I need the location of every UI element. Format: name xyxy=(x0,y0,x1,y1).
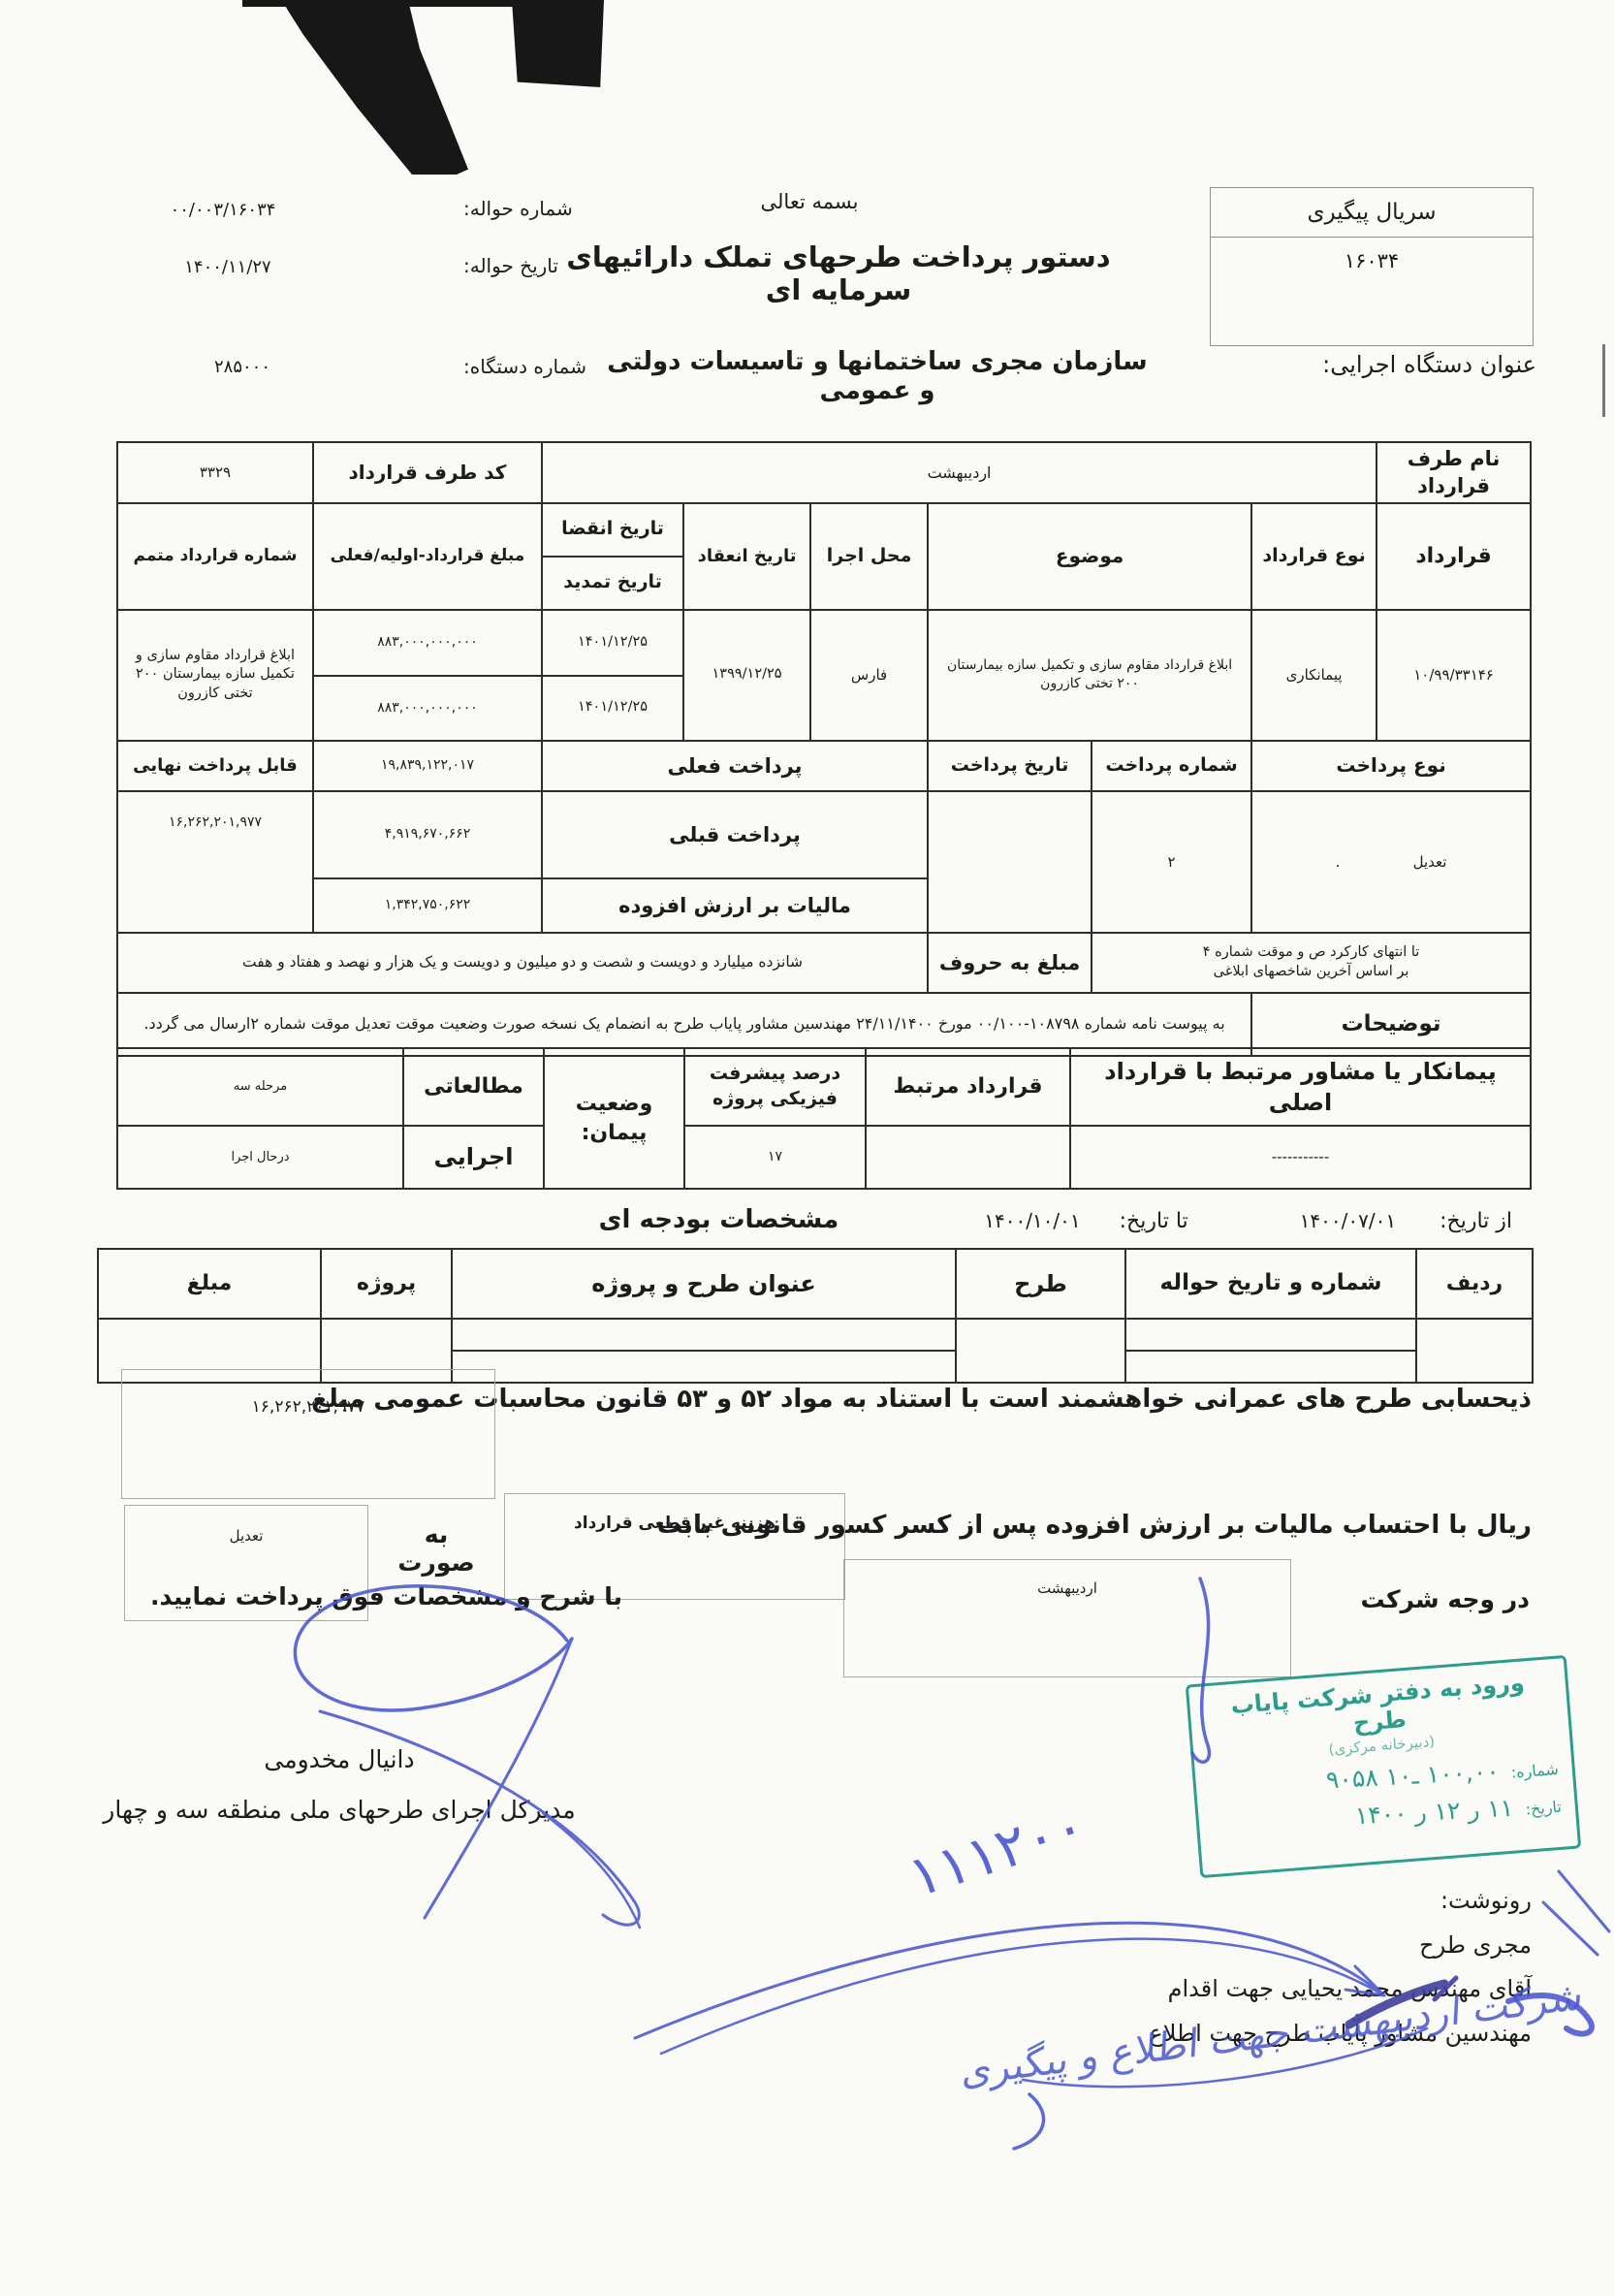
signatory-title: مدیرکل اجرای طرحهای ملی منطقه سه و چهار xyxy=(97,1796,582,1824)
expiry-date-header: تاریخ انقضا xyxy=(542,503,683,557)
tracking-serial-label: سریال پیگیری xyxy=(1211,188,1533,238)
previous-payment-label: پرداخت قبلی xyxy=(542,791,928,878)
amount-header: مبلغ قرارداد-اولیه/فعلی xyxy=(313,503,542,610)
stage-label: مرحله سه xyxy=(117,1048,403,1126)
final-payable-value: ۱۶,۲۶۲,۲۰۱,۹۷۷ xyxy=(117,791,313,933)
extension-date-header: تاریخ تمدید xyxy=(542,557,683,610)
study-label: مطالعاتی xyxy=(403,1048,544,1126)
related-contract-value xyxy=(866,1126,1070,1189)
location-value: فارس xyxy=(810,610,928,741)
cc-label: رونوشت: xyxy=(989,1879,1532,1924)
order-as-label: به صورت xyxy=(388,1520,485,1577)
agency-no-value: ۲۸۵۰۰۰ xyxy=(145,357,339,377)
related-contract-table: پیمانکار یا مشاور مرتبط با قرارداد اصلی … xyxy=(116,1047,1532,1190)
hawala-date-label: تاریخ حواله: xyxy=(463,254,558,277)
amount-current-value: ۸۸۳,۰۰۰,۰۰۰,۰۰۰ xyxy=(313,676,542,741)
period-line: از تاریخ: ۱۴۰۰/۰۷/۰۱ تا تاریخ: ۱۴۰۰/۱۰/۰… xyxy=(116,1205,1530,1234)
payment-type-text: تعدیل xyxy=(1413,853,1447,871)
related-contractor-header: پیمانکار یا مشاور مرتبط با قرارداد اصلی xyxy=(1070,1048,1531,1126)
budget-cell-row-no xyxy=(1416,1319,1533,1383)
payment-no-header: شماره پرداخت xyxy=(1092,741,1251,791)
contract-type-header: نوع قرارداد xyxy=(1251,503,1377,610)
budget-cell-plan xyxy=(956,1319,1125,1383)
supplement-value: ابلاغ قرارداد مقاوم سازی و تکمیل سازه بی… xyxy=(117,610,313,741)
progress-header: درصد پیشرفت فیزیکی پروژه xyxy=(684,1048,866,1126)
payment-type-dot: . xyxy=(1336,852,1341,872)
from-date-label: از تاریخ: xyxy=(1440,1209,1512,1233)
budget-header-title: عنوان طرح و پروژه xyxy=(452,1249,956,1319)
pact-status-label: وضعیت پیمان: xyxy=(544,1048,684,1189)
stage-value: درحال اجرا xyxy=(117,1126,403,1189)
vat-label: مالیات بر ارزش افزوده xyxy=(542,878,928,933)
related-contractor-value: ----------- xyxy=(1070,1126,1531,1189)
amount-in-words-label: مبلغ به حروف xyxy=(928,933,1092,993)
to-date-value: ۱۴۰۰/۱۰/۰۱ xyxy=(984,1209,1080,1232)
notes-text: به پیوست نامه شماره ۱۰۸۷۹۸-۰۰/۱۰۰ مورخ ۲… xyxy=(117,993,1251,1056)
tracking-serial-box: سریال پیگیری ۱۶۰۳۴ xyxy=(1210,187,1534,346)
party-name-value: اردیبهشت xyxy=(542,442,1377,503)
notes-label: توضیحات xyxy=(1251,993,1531,1056)
payment-date-header: تاریخ پرداخت xyxy=(928,741,1092,791)
hawala-no-label: شماره حواله: xyxy=(463,197,573,220)
related-contract-header: قرارداد مرتبط xyxy=(866,1048,1070,1126)
budget-cell-hawala-1 xyxy=(1125,1319,1416,1351)
signatory-name: دانیال مخدومی xyxy=(242,1745,436,1773)
current-payment-value: ۱۹,۸۳۹,۱۲۲,۰۱۷ xyxy=(313,741,542,791)
location-header: محل اجرا xyxy=(810,503,928,610)
budget-cell-title-1 xyxy=(452,1319,956,1351)
stamp-date-value: ۱۱ ر ۱۲ ر ۱۴۰۰ xyxy=(1355,1794,1515,1831)
payee-box: اردیبهشت xyxy=(843,1559,1291,1677)
agency-name: سازمان مجری ساختمانها و تاسیسات دولتی و … xyxy=(601,347,1154,405)
hawala-no-value: ۰۰/۰۰۳/۱۶۰۳۴ xyxy=(107,200,339,220)
contract-type-value: پیمانکاری xyxy=(1251,610,1377,741)
stamp-date-label: تاریخ: xyxy=(1525,1798,1563,1819)
budget-header-plan: طرح xyxy=(956,1249,1125,1319)
budget-section-title: مشخصات بودجه ای xyxy=(599,1205,839,1234)
subject-value: ابلاغ قرارداد مقاوم سازی و تکمیل سازه بی… xyxy=(928,610,1251,741)
from-date-value: ۱۴۰۰/۰۷/۰۱ xyxy=(1300,1209,1396,1232)
party-code-value: ۳۳۲۹ xyxy=(117,442,313,503)
party-code-label: کد طرف قرارداد xyxy=(313,442,542,503)
payee-label: در وجه شرکت xyxy=(1361,1585,1531,1613)
payment-date-value xyxy=(928,791,1092,933)
payment-basis-cell: تا انتهای کارکرد ص و موقت شماره ۴ بر اسا… xyxy=(1092,933,1531,993)
office-entry-stamp: ورود به دفتر شرکت پایاب طرح (دبیرخانه مر… xyxy=(1186,1655,1581,1878)
to-date-label: تا تاریخ: xyxy=(1120,1209,1188,1233)
scan-ink-blob-right xyxy=(512,0,604,87)
order-amount-value: ۱۶,۲۶۲,۲۰۱,۹۷۷ xyxy=(122,1370,494,1417)
document-title: دستور پرداخت طرحهای تملک دارائیهای سرمای… xyxy=(528,240,1149,306)
party-name-label: نام طرف قرارداد xyxy=(1377,442,1531,503)
current-payment-label: پرداخت فعلی xyxy=(542,741,928,791)
payment-type-header: نوع پرداخت xyxy=(1251,741,1531,791)
cc-item-1: مجری طرح xyxy=(989,1924,1532,1968)
supplement-header: شماره قرارداد متمم xyxy=(117,503,313,610)
budget-cell-hawala-2 xyxy=(1125,1351,1416,1383)
contract-no-value: ۱۰/۹۹/۳۳۱۴۶ xyxy=(1377,610,1531,741)
order-reason-value: هزینه غیر قطعی قرارداد xyxy=(505,1494,844,1533)
budget-table: ردیف شماره و تاریخ حواله طرح عنوان طرح و… xyxy=(97,1248,1534,1384)
budget-header-project: پروژه xyxy=(321,1249,452,1319)
hawala-date-value: ۱۴۰۰/۱۱/۲۷ xyxy=(121,257,334,277)
order-line3: با شرح و مشخصات فوق پرداخت نمایید. xyxy=(150,1582,622,1610)
payment-type-value: تعدیل . xyxy=(1251,791,1531,933)
payment-basis-line1: تا انتهای کارکرد ص و موقت شماره ۴ xyxy=(1098,943,1524,963)
stamp-no-value: ۱۰۰,۰۰ ـ۱۰ ۹۰۵۸ xyxy=(1325,1757,1500,1794)
previous-payment-value: ۴,۹۱۹,۶۷۰,۶۶۲ xyxy=(313,791,542,878)
exec-label: اجرایی xyxy=(403,1126,544,1189)
bismillah: بسمه تعالی xyxy=(717,190,902,213)
vat-value: ۱,۳۴۲,۷۵۰,۶۲۲ xyxy=(313,878,542,933)
extension-date-value: ۱۴۰۱/۱۲/۲۵ xyxy=(542,676,683,741)
signing-date-value: ۱۳۹۹/۱۲/۲۵ xyxy=(683,610,810,741)
budget-header-row-no: ردیف xyxy=(1416,1249,1533,1319)
budget-cell-title-2 xyxy=(452,1351,956,1383)
contract-row-label: قرارداد xyxy=(1377,503,1531,610)
scanned-payment-order-page: بسمه تعالی دستور پرداخت طرحهای تملک دارا… xyxy=(0,0,1614,2296)
payee-value: اردیبهشت xyxy=(844,1560,1290,1597)
scan-edge-mark xyxy=(1602,344,1605,417)
expiry-date-value: ۱۴۰۱/۱۲/۲۵ xyxy=(542,610,683,676)
contract-payment-table: نام طرف قرارداد اردیبهشت کد طرف قرارداد … xyxy=(116,441,1532,1057)
tracking-serial-value: ۱۶۰۳۴ xyxy=(1211,238,1533,284)
scan-ink-blob-left xyxy=(276,0,470,175)
budget-header-amount: مبلغ xyxy=(98,1249,321,1319)
order-amount-box: ۱۶,۲۶۲,۲۰۱,۹۷۷ xyxy=(121,1369,495,1499)
subject-header: موضوع xyxy=(928,503,1251,610)
order-as-value: تعدیل xyxy=(125,1506,367,1545)
budget-header-hawala: شماره و تاریخ حواله xyxy=(1125,1249,1416,1319)
progress-value: ۱۷ xyxy=(684,1126,866,1189)
stamp-no-label: شماره: xyxy=(1510,1760,1559,1782)
amount-in-words-value: شانزده میلیارد و دویست و شصت و دو میلیون… xyxy=(117,933,928,993)
agency-title-label: عنوان دستگاه اجرایی: xyxy=(1265,351,1536,378)
payment-basis-line2: بر اساس آخرین شاخصهای ابلاغی xyxy=(1098,963,1524,982)
payment-no-value: ۲ xyxy=(1092,791,1251,933)
agency-no-label: شماره دستگاه: xyxy=(463,355,586,378)
final-payable-label: قابل پرداخت نهایی xyxy=(117,741,313,791)
amount-initial-value: ۸۸۳,۰۰۰,۰۰۰,۰۰۰ xyxy=(313,610,542,676)
signing-date-header: تاریخ انعقاد xyxy=(683,503,810,610)
